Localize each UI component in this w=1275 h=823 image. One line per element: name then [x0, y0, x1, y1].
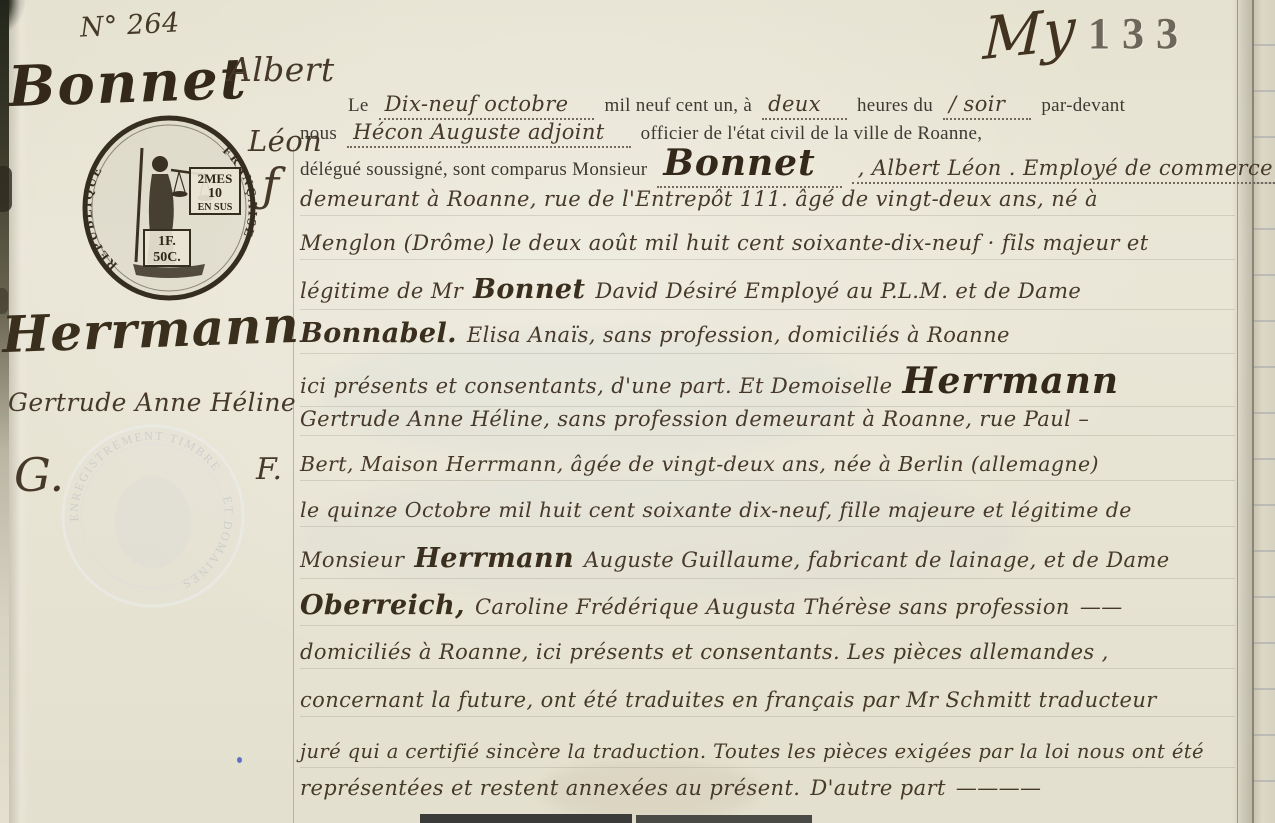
left-margin-rule [293, 148, 294, 823]
handwritten-text: Bonnabel. [300, 318, 457, 349]
svg-text:10: 10 [208, 186, 222, 201]
document-line: domiciliés à Roanne, ici présents et con… [300, 640, 1235, 669]
document-line: représentées et restent annexées au prés… [300, 776, 1235, 800]
handwritten-text: ———— [956, 776, 1042, 800]
document-line: LeDix-neuf octobremil neuf cent un, àdeu… [300, 92, 1235, 120]
document-line: concernant la future, ont été traduites … [300, 688, 1235, 717]
handwritten-text: Caroline Frédérique Augusta Thérèse sans… [475, 595, 1070, 619]
document-line: Gertrude Anne Héline, sans profession de… [300, 407, 1235, 436]
handwritten-text: Dix-neuf octobre [379, 92, 595, 120]
handwritten-text: Bonnet [657, 142, 841, 188]
document-lines: LeDix-neuf octobremil neuf cent un, àdeu… [300, 0, 1235, 823]
handwritten-text: ici présents et consentants, d'une part.… [300, 374, 892, 398]
document-line: juré qui a certifié sincère la traductio… [300, 740, 1235, 768]
embossed-seal: ENREGISTREMENT TIMBRE ET DOMAINES [55, 418, 251, 614]
document-page: N° 264 My 133 Bonnet Albert Léon ƒ Herrm… [0, 0, 1275, 823]
blue-ink-dot [237, 757, 242, 763]
margin-flourish: ƒ [262, 158, 279, 212]
printed-text: délégué soussigné, sont comparus Monsieu… [300, 159, 647, 181]
ink-blot [0, 166, 12, 212]
printed-text: heures du [857, 95, 933, 117]
svg-text:50C.: 50C. [153, 250, 181, 265]
document-line: MonsieurHerrmannAuguste Guillaume, fabri… [300, 543, 1235, 579]
fiscal-stamp: RÉPUBLIQUE FRANÇAISE 2MES 10 EN SUS 1F. [78, 112, 260, 306]
redaction-bar-2 [636, 815, 812, 823]
handwritten-text: Bonnet [473, 274, 585, 305]
svg-text:EN SUS: EN SUS [198, 202, 233, 213]
handwritten-text: Auguste Guillaume, fabricant de lainage,… [584, 548, 1170, 572]
document-line: demeurant à Roanne, rue de l'Entrepôt 11… [300, 187, 1235, 216]
act-number: N° 264 [79, 7, 180, 43]
document-line: ici présents et consentants, d'une part.… [300, 360, 1235, 407]
next-page-edge [1252, 0, 1275, 823]
handwritten-text: Menglon (Drôme) le deux août mil huit ce… [300, 231, 1149, 255]
handwritten-text: le quinze Octobre mil huit cent soixante… [300, 498, 1132, 522]
svg-text:1F.: 1F. [158, 234, 176, 249]
document-line: légitime de MrBonnetDavid Désiré Employé… [300, 274, 1235, 310]
document-line: Oberreich,Caroline Frédérique Augusta Th… [300, 590, 1235, 626]
right-margin-rule [1237, 0, 1238, 823]
handwritten-text: , Albert Léon . Employé de commerce [852, 156, 1275, 184]
handwritten-text: demeurant à Roanne, rue de l'Entrepôt 11… [300, 187, 1098, 211]
document-line: Bert, Maison Herrmann, âgée de vingt-deu… [300, 452, 1235, 481]
document-line: le quinze Octobre mil huit cent soixante… [300, 498, 1235, 527]
handwritten-text: domiciliés à Roanne, ici présents et con… [300, 640, 1109, 664]
printed-text: Le [348, 95, 369, 117]
margin-initial-right: F. [256, 452, 282, 487]
handwritten-text: représentées et restent annexées au prés… [300, 776, 800, 800]
handwritten-text: concernant la future, ont été traduites … [300, 688, 1157, 712]
handwritten-text: / soir [943, 92, 1031, 120]
document-line: délégué soussigné, sont comparus Monsieu… [300, 142, 1235, 188]
handwritten-text: Elisa Anaïs, sans profession, domiciliés… [467, 323, 1010, 347]
redaction-bar-1 [420, 814, 632, 823]
document-line: Bonnabel.Elisa Anaïs, sans profession, d… [300, 318, 1235, 354]
handwritten-text: légitime de Mr [300, 279, 463, 303]
printed-text: mil neuf cent un, à [604, 95, 752, 117]
svg-text:2MES: 2MES [198, 171, 233, 186]
document-line: Menglon (Drôme) le deux août mil huit ce… [300, 231, 1235, 260]
handwritten-text: D'autre part [810, 776, 945, 800]
handwritten-text: deux [762, 92, 847, 120]
handwritten-text: Herrmann [902, 360, 1119, 402]
handwritten-text: Monsieur [300, 548, 404, 572]
handwritten-text: David Désiré Employé au P.L.M. et de Dam… [595, 279, 1081, 303]
handwritten-text: Oberreich, [300, 590, 465, 621]
margin-groom-surname: Bonnet [7, 46, 249, 120]
handwritten-text: Bert, Maison Herrmann, âgée de vingt-deu… [300, 452, 1099, 476]
handwritten-text: Herrmann [414, 543, 574, 574]
handwritten-text: juré qui a certifié sincère la traductio… [300, 740, 1204, 763]
page-edge-shadow [1232, 0, 1252, 823]
printed-text: par-devant [1041, 95, 1125, 117]
handwritten-text: —— [1080, 595, 1123, 619]
margin-bride-firstnames: Gertrude Anne Héline [8, 388, 296, 417]
handwritten-text: Gertrude Anne Héline, sans profession de… [300, 407, 1089, 431]
